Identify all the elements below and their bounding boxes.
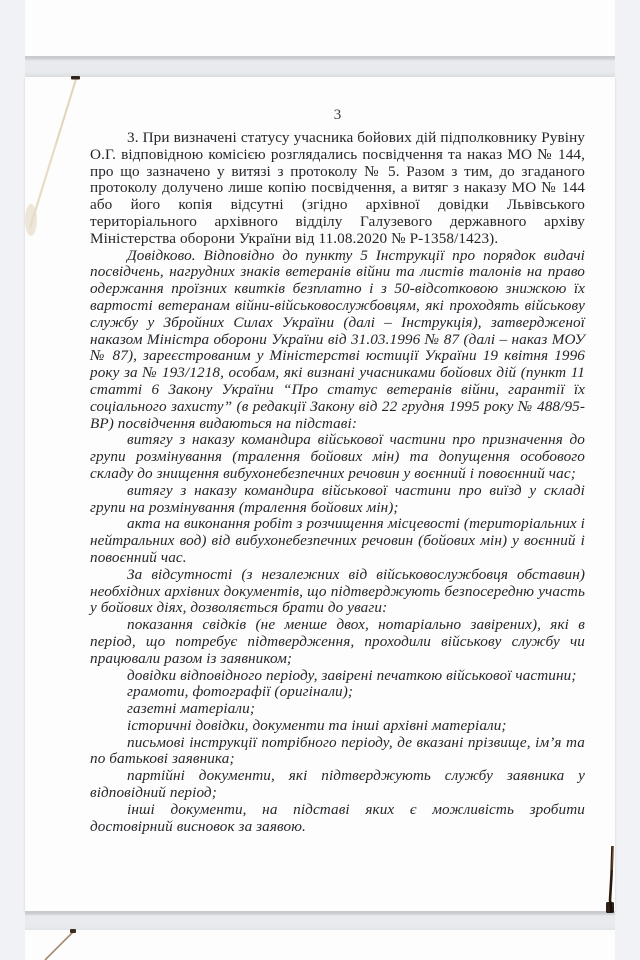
document-paragraph: історичні довідки, документи та інші арх… — [90, 718, 585, 735]
document-paragraph: інші документи, на підставі яких є можли… — [90, 802, 585, 836]
document-paragraph: витягу з наказу командира військової час… — [90, 483, 585, 517]
document-paragraph: довідки відповідного періоду, завірені п… — [90, 668, 585, 685]
document-paragraph: грамоти, фотографії (оригінали); — [90, 684, 585, 701]
page-content-area: 3 3. При визначені статусу учасника бойо… — [25, 77, 615, 911]
document-page: 3 3. При визначені статусу учасника бойо… — [25, 77, 615, 911]
scan-margin-left — [0, 0, 25, 960]
document-paragraph: акта на виконання робіт з розчищення міс… — [90, 516, 585, 566]
document-paragraph: газетні матеріали; — [90, 701, 585, 718]
document-paragraph: витягу з наказу командира військової час… — [90, 432, 585, 482]
scan-margin-right — [615, 0, 640, 960]
document-paragraph: письмові інструкції потрібного періоду, … — [90, 735, 585, 769]
page-gap-bottom — [25, 911, 615, 930]
document-paragraph: показання свідків (не менше двох, нотарі… — [90, 617, 585, 667]
document-text-block: 3. При визначені статусу учасника бойови… — [90, 130, 585, 835]
page-number: 3 — [90, 107, 585, 124]
document-paragraph: 3. При визначені статусу учасника бойови… — [90, 130, 585, 248]
document-paragraph: Довідково. Відповідно до пункту 5 Інстру… — [90, 248, 585, 433]
next-page-fragment — [25, 930, 615, 960]
document-paragraph: За відсутності (з незалежних від військо… — [90, 567, 585, 617]
document-paragraph: партійні документи, які підтверджують сл… — [90, 768, 585, 802]
page-gap-top — [25, 56, 615, 77]
previous-page-fragment — [25, 0, 615, 56]
